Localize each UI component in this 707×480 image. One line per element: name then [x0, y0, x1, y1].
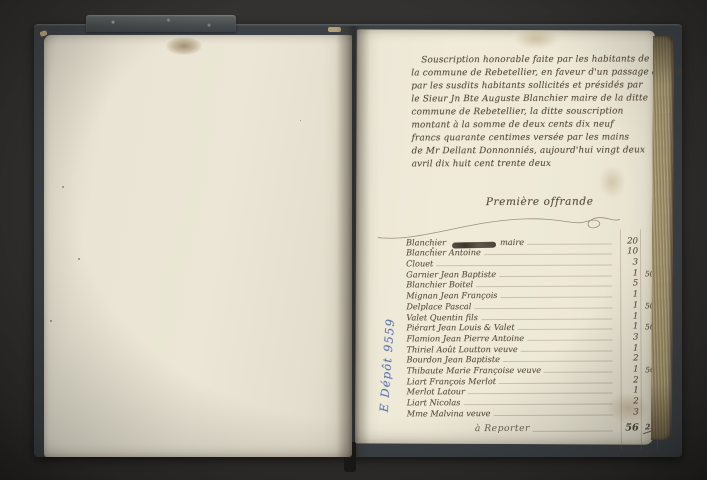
- preamble-line: montant à la somme de deux cents dix neu…: [411, 118, 659, 132]
- ruled-leader: [518, 329, 613, 330]
- subscriber-name: Thiriel Août Loutton veuve: [406, 344, 517, 354]
- carry-forward-label: à Reporter: [475, 423, 530, 434]
- ruled-leader: [436, 265, 612, 267]
- preamble-line: le Sieur Jn Bte Auguste Blanchier maire …: [411, 92, 659, 106]
- handwritten-content: Souscription honorable faite par les hab…: [355, 29, 655, 444]
- foxing-speck: [432, 247, 434, 249]
- preamble-line: de Mr Dellant Donnonniés, aujourd'hui vi…: [412, 144, 660, 158]
- subscriber-name: Liart Nicolas: [407, 397, 461, 407]
- preamble-line: commune de Rebetellier, la ditte souscri…: [411, 105, 659, 119]
- ruled-leader: [476, 286, 612, 288]
- subscription-preamble: Souscription honorable faite par les hab…: [411, 53, 660, 171]
- preamble-line: avril dix huit cent trente deux: [412, 157, 660, 171]
- preamble-line: Souscription honorable faite par les hab…: [411, 53, 659, 67]
- preamble-line: par les susdits habitants sollicités et …: [411, 79, 659, 93]
- subscriber-name: Blanchier Antoine: [406, 247, 481, 257]
- ruled-leader: [533, 430, 613, 431]
- subscriber-name: Bourdon Jean Baptiste: [407, 354, 500, 364]
- preamble-line: francs quarante centimes versée par les …: [412, 131, 660, 145]
- ruled-leader: [484, 254, 612, 256]
- subscriber-name: Clouet: [406, 258, 433, 268]
- ruled-leader: [503, 361, 613, 362]
- cover-worn-edge: [86, 15, 236, 32]
- ruled-leader: [544, 371, 613, 372]
- subscriber-name: Thibaute Marie Françoise veuve: [407, 365, 542, 376]
- foxing-speck: [50, 320, 52, 322]
- left-blank-page: [44, 35, 352, 457]
- subscriber-name: Garnier Jean Baptiste: [406, 269, 496, 279]
- foxing-speck: [78, 258, 80, 260]
- subscriber-name: Valet Quentin fils: [406, 312, 478, 322]
- subscriber-name: Flamion Jean Pierre Antoine: [406, 333, 524, 344]
- ruled-leader: [521, 350, 613, 351]
- ruled-leader: [474, 307, 612, 309]
- subscriber-name: Delplace Pascal: [406, 301, 471, 311]
- section-heading: Première offrande: [486, 196, 594, 208]
- ruled-leader: [499, 382, 613, 383]
- subscriber-name: Piérart Jean Louis & Valet: [406, 322, 514, 332]
- ruled-leader: [493, 414, 612, 416]
- page-block-fore-edge: [651, 36, 674, 440]
- ruled-leader: [481, 318, 612, 320]
- foxing-speck: [300, 120, 301, 121]
- ruled-leader: [527, 339, 612, 340]
- subscriber-name: Mignan Jean François: [406, 290, 497, 300]
- cover-chip: [328, 27, 341, 32]
- subscriber-name: Blanchier Boitel: [406, 280, 473, 290]
- ruled-leader: [463, 404, 612, 406]
- right-manuscript-page: Souscription honorable faite par les hab…: [355, 29, 655, 444]
- subscription-table: Blanchiermaire20Blanchier Antoine10Cloue…: [406, 235, 659, 434]
- ruled-leader: [499, 275, 612, 276]
- foxing-speck: [62, 186, 64, 188]
- preamble-line: la commune de Rebetellier, en faveur d'u…: [411, 66, 659, 80]
- subscriber-name: Mme Malvina veuve: [407, 408, 491, 418]
- ruled-leader: [501, 297, 613, 298]
- subscriber-name: Merlot Latour: [407, 386, 465, 396]
- subscriber-name: Liart François Merlot: [407, 376, 496, 386]
- archive-scan-photo: Souscription honorable faite par les hab…: [0, 0, 707, 480]
- ruled-leader: [468, 393, 613, 395]
- flourish-swash: [374, 209, 624, 246]
